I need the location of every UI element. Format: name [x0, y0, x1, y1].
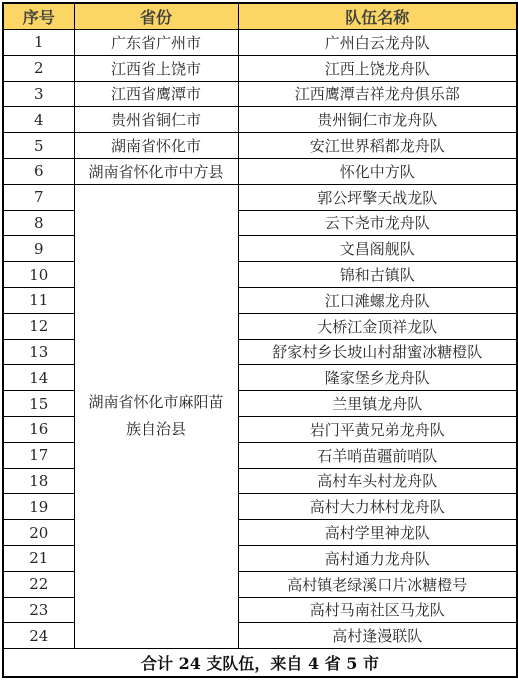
table-row: 6湖南省怀化市中方县怀化中方队 [3, 158, 517, 184]
team-cell: 贵州铜仁市龙舟队 [238, 107, 517, 133]
row-number-cell: 21 [3, 545, 74, 571]
row-number-cell: 20 [3, 520, 74, 546]
row-number-cell: 9 [3, 236, 74, 262]
row-number-cell: 15 [3, 391, 74, 417]
team-cell: 岩门平黄兄弟龙舟队 [238, 416, 517, 442]
table-row: 7湖南省怀化市麻阳苗族自治县郭公坪擎天战龙队 [3, 184, 517, 210]
row-number-cell: 13 [3, 339, 74, 365]
row-number-cell: 2 [3, 55, 74, 81]
row-number-cell: 6 [3, 158, 74, 184]
row-number-cell: 4 [3, 107, 74, 133]
team-cell: 文昌阁舰队 [238, 236, 517, 262]
header-cell-province: 省份 [74, 3, 238, 30]
header-row: 序号 省份 队伍名称 [3, 3, 517, 30]
province-cell: 广东省广州市 [74, 30, 238, 56]
team-cell: 高村车头村龙舟队 [238, 468, 517, 494]
row-number-cell: 12 [3, 313, 74, 339]
team-cell: 高村逢漫联队 [238, 623, 517, 649]
team-cell: 安江世界稻都龙舟队 [238, 133, 517, 159]
table-row: 2江西省上饶市江西上饶龙舟队 [3, 55, 517, 81]
row-number-cell: 24 [3, 623, 74, 649]
table-body: 1广东省广州市广州白云龙舟队2江西省上饶市江西上饶龙舟队3江西省鹰潭市江西鹰潭吉… [3, 30, 517, 649]
row-number-cell: 16 [3, 416, 74, 442]
row-number-cell: 1 [3, 30, 74, 56]
footer-summary: 合计 24 支队伍，来自 4 省 5 市 [3, 649, 517, 678]
province-cell: 江西省鹰潭市 [74, 81, 238, 107]
table-row: 3江西省鹰潭市江西鹰潭吉祥龙舟俱乐部 [3, 81, 517, 107]
row-number-cell: 8 [3, 210, 74, 236]
table-row: 1广东省广州市广州白云龙舟队 [3, 30, 517, 56]
row-number-cell: 18 [3, 468, 74, 494]
team-cell: 江口滩螺龙舟队 [238, 287, 517, 313]
row-number-cell: 11 [3, 287, 74, 313]
province-cell: 湖南省怀化市 [74, 133, 238, 159]
team-cell: 高村马南社区马龙队 [238, 597, 517, 623]
row-number-cell: 3 [3, 81, 74, 107]
footer-row: 合计 24 支队伍，来自 4 省 5 市 [3, 649, 517, 678]
team-cell: 石羊哨苗疆前哨队 [238, 442, 517, 468]
team-cell: 舒家村乡长坡山村甜蜜冰糖橙队 [238, 339, 517, 365]
team-cell: 郭公坪擎天战龙队 [238, 184, 517, 210]
team-cell: 锦和古镇队 [238, 262, 517, 288]
table-row: 4贵州省铜仁市贵州铜仁市龙舟队 [3, 107, 517, 133]
row-number-cell: 19 [3, 494, 74, 520]
team-cell: 高村通力龙舟队 [238, 545, 517, 571]
team-cell: 大桥江金顶祥龙队 [238, 313, 517, 339]
team-cell: 怀化中方队 [238, 158, 517, 184]
row-number-cell: 17 [3, 442, 74, 468]
header-cell-no: 序号 [3, 3, 74, 30]
table-footer: 合计 24 支队伍，来自 4 省 5 市 [3, 649, 517, 678]
row-number-cell: 22 [3, 571, 74, 597]
province-cell: 湖南省怀化市中方县 [74, 158, 238, 184]
team-cell: 兰里镇龙舟队 [238, 391, 517, 417]
team-cell: 江西上饶龙舟队 [238, 55, 517, 81]
team-cell: 广州白云龙舟队 [238, 30, 517, 56]
team-cell: 高村镇老绿溪口片冰糖橙号 [238, 571, 517, 597]
row-number-cell: 7 [3, 184, 74, 210]
row-number-cell: 10 [3, 262, 74, 288]
team-cell: 高村大力林村龙舟队 [238, 494, 517, 520]
province-cell: 江西省上饶市 [74, 55, 238, 81]
team-cell: 隆家堡乡龙舟队 [238, 365, 517, 391]
row-number-cell: 5 [3, 133, 74, 159]
header-cell-team: 队伍名称 [238, 3, 517, 30]
team-cell: 江西鹰潭吉祥龙舟俱乐部 [238, 81, 517, 107]
table-row: 5湖南省怀化市安江世界稻都龙舟队 [3, 133, 517, 159]
province-cell: 贵州省铜仁市 [74, 107, 238, 133]
team-cell: 云下尧市龙舟队 [238, 210, 517, 236]
team-cell: 高村学里神龙队 [238, 520, 517, 546]
province-cell: 湖南省怀化市麻阳苗族自治县 [74, 184, 238, 648]
table-header: 序号 省份 队伍名称 [3, 3, 517, 30]
row-number-cell: 14 [3, 365, 74, 391]
row-number-cell: 23 [3, 597, 74, 623]
teams-roster-table: 序号 省份 队伍名称 1广东省广州市广州白云龙舟队2江西省上饶市江西上饶龙舟队3… [2, 2, 518, 678]
